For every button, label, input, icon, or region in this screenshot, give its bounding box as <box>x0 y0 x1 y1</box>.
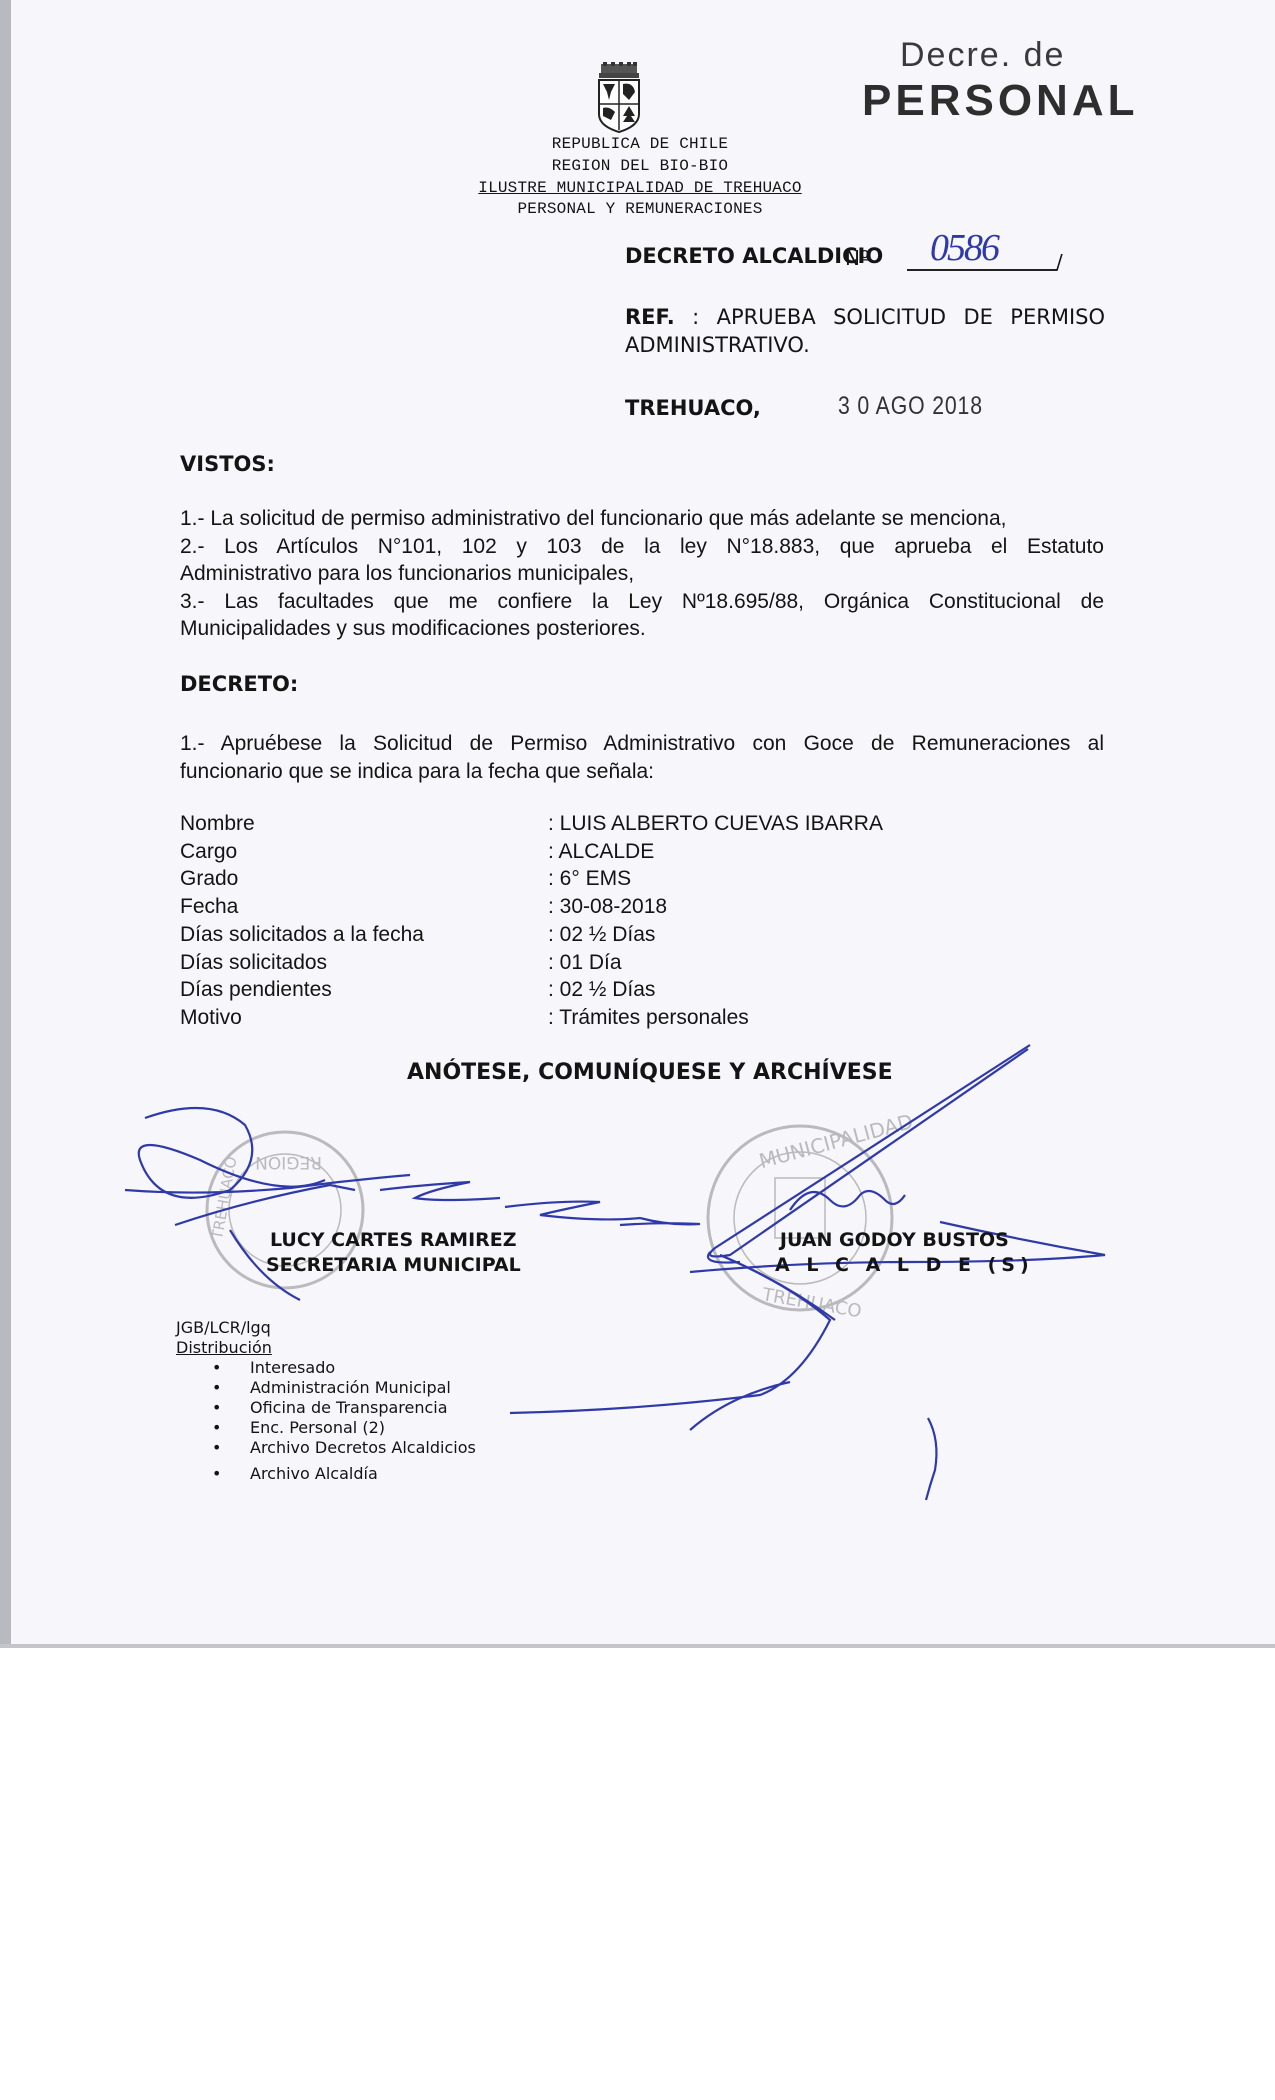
field-label: Motivo <box>180 1004 548 1032</box>
header-region: REGION DEL BIO-BIO <box>440 156 840 176</box>
field-label: Nombre <box>180 810 548 838</box>
vistos-item-3-cont: Municipalidades y sus modificaciones pos… <box>180 615 1104 643</box>
decree-number-prefix: Nº <box>845 246 869 270</box>
reference-text: : APRUEBA SOLICITUD DE PERMISO ADMINISTR… <box>625 305 1105 357</box>
department-stamp-line2: PERSONAL <box>862 76 1138 126</box>
field-row: Nombre: LUIS ALBERTO CUEVAS IBARRA <box>180 810 883 838</box>
header-municipality: ILUSTRE MUNICIPALIDAD DE TREHUACO <box>440 178 840 198</box>
field-value: : ALCALDE <box>548 838 654 866</box>
reference-label: REF. <box>625 305 675 329</box>
field-value: : 30-08-2018 <box>548 893 667 921</box>
distribution-heading: Distribución <box>176 1338 272 1357</box>
department-stamp-line1: Decre. de <box>900 36 1065 75</box>
closing-formula: ANÓTESE, COMUNÍQUESE Y ARCHÍVESE <box>407 1060 893 1085</box>
employee-details: Nombre: LUIS ALBERTO CUEVAS IBARRACargo:… <box>180 810 883 1032</box>
reference: REF. : APRUEBA SOLICITUD DE PERMISO ADMI… <box>625 303 1105 359</box>
page-edge <box>0 0 11 1648</box>
mayor-title: A L C A L D E (S) <box>775 1253 1034 1278</box>
vistos-list: 1.- La solicitud de permiso administrati… <box>180 505 1104 643</box>
field-value: : 01 Día <box>548 949 622 977</box>
page-edge <box>0 1644 1275 1648</box>
field-row: Días pendientes: 02 ½ Días <box>180 976 883 1004</box>
vistos-item-3: 3.- Las facultades que me confiere la Le… <box>180 588 1104 616</box>
secretary-name: LUCY CARTES RAMIREZ <box>270 1228 521 1253</box>
city-label: TREHUACO, <box>625 396 761 420</box>
field-value: : 6° EMS <box>548 865 631 893</box>
header-country: REPUBLICA DE CHILE <box>440 134 840 154</box>
decreto-item-1: 1.- Apruébese la Solicitud de Permiso Ad… <box>180 730 1104 785</box>
mayor-signature-block: JUAN GODOY BUSTOS A L C A L D E (S) <box>755 1228 1034 1278</box>
date-stamp: 3 0 AGO 2018 <box>838 392 983 421</box>
field-label: Fecha <box>180 893 548 921</box>
field-row: Días solicitados a la fecha: 02 ½ Días <box>180 921 883 949</box>
vistos-heading: VISTOS: <box>180 452 275 476</box>
field-value: : 02 ½ Días <box>548 976 655 1004</box>
field-row: Fecha: 30-08-2018 <box>180 893 883 921</box>
field-value: : 02 ½ Días <box>548 921 655 949</box>
field-value: : Trámites personales <box>548 1004 749 1032</box>
decreto-heading: DECRETO: <box>180 672 298 696</box>
vistos-item-2: 2.- Los Artículos N°101, 102 y 103 de la… <box>180 533 1104 561</box>
vistos-item-1: 1.- La solicitud de permiso administrati… <box>180 505 1104 533</box>
field-label: Grado <box>180 865 548 893</box>
field-row: Grado: 6° EMS <box>180 865 883 893</box>
distribution-item: Interesado <box>210 1358 476 1378</box>
header-department: PERSONAL Y REMUNERACIONES <box>440 199 840 219</box>
decreto-item-1-line2: funcionario que se indica para la fecha … <box>180 758 1104 786</box>
distribution-item: Archivo Decretos Alcaldicios <box>210 1438 476 1458</box>
distribution-list: InteresadoAdministración MunicipalOficin… <box>210 1358 476 1484</box>
secretary-signature-block: LUCY CARTES RAMIREZ SECRETARIA MUNICIPAL <box>270 1228 521 1278</box>
decree-number-underline <box>907 269 1057 271</box>
distribution-item: Oficina de Transparencia <box>210 1398 476 1418</box>
author-initials: JGB/LCR/lgq <box>176 1318 271 1337</box>
secretary-title: SECRETARIA MUNICIPAL <box>266 1253 521 1278</box>
field-row: Cargo: ALCALDE <box>180 838 883 866</box>
distribution-item: Enc. Personal (2) <box>210 1418 476 1438</box>
field-row: Motivo: Trámites personales <box>180 1004 883 1032</box>
field-label: Cargo <box>180 838 548 866</box>
field-value: : LUIS ALBERTO CUEVAS IBARRA <box>548 810 883 838</box>
distribution-item: Administración Municipal <box>210 1378 476 1398</box>
field-label: Días pendientes <box>180 976 548 1004</box>
decreto-item-1-line1: 1.- Apruébese la Solicitud de Permiso Ad… <box>180 730 1104 758</box>
field-label: Días solicitados <box>180 949 548 977</box>
decree-number-handwritten: 0586 <box>930 226 998 270</box>
vistos-item-2-cont: Administrativo para los funcionarios mun… <box>180 560 1104 588</box>
coat-of-arms-icon <box>593 62 645 134</box>
decree-number-slash: / <box>1056 250 1063 274</box>
distribution-item: Archivo Alcaldía <box>210 1464 476 1484</box>
field-label: Días solicitados a la fecha <box>180 921 548 949</box>
mayor-name: JUAN GODOY BUSTOS <box>755 1228 1034 1253</box>
field-row: Días solicitados: 01 Día <box>180 949 883 977</box>
